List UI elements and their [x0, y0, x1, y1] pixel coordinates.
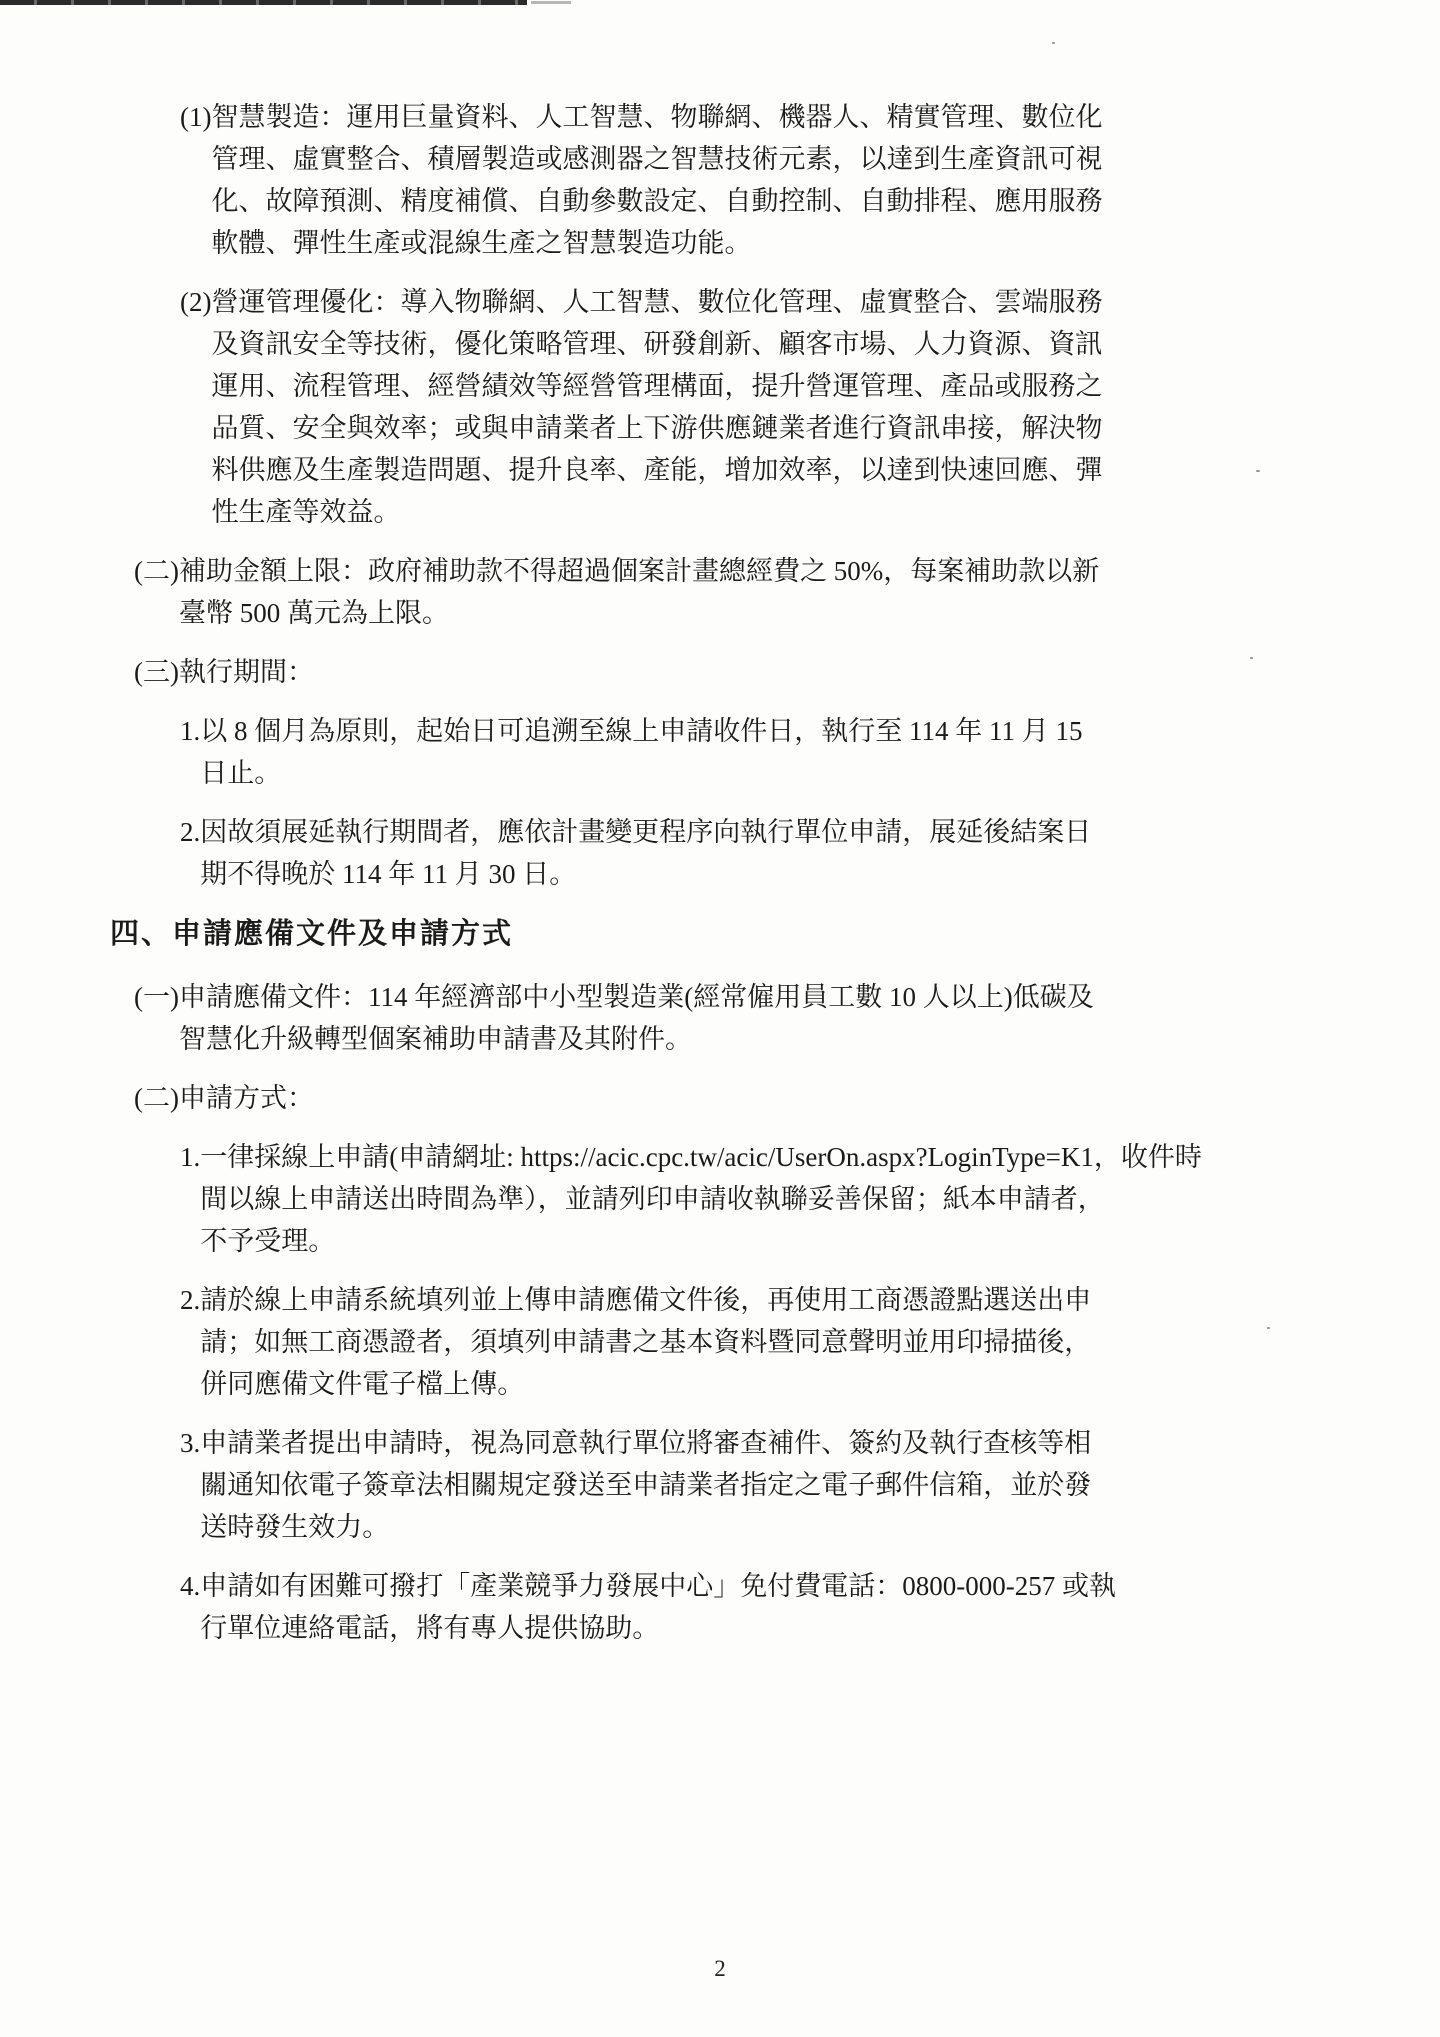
document-content: (1) 智慧製造：運用巨量資料、人工智慧、物聯網、機器人、精實管理、數位化 管理… — [0, 96, 1440, 1666]
text-line: 管理、虛實整合、積層製造或感測器之智慧技術元素，以達到生產資訊可視 — [211, 138, 1045, 180]
item-text: 補助金額上限：政府補助款不得超過個案計畫總經費之 50%，每案補助款以新 臺幣 … — [179, 550, 1045, 634]
text-line: 併同應備文件電子檔上傳。 — [200, 1363, 1045, 1405]
text-line: 關通知依電子簽章法相關規定發送至申請業者指定之電子郵件信箱，並於發 — [200, 1464, 1045, 1506]
item-label: 1. — [180, 1136, 200, 1262]
list-item-execution-period: (三) 執行期間： — [134, 651, 1045, 693]
document-page: (1) 智慧製造：運用巨量資料、人工智慧、物聯網、機器人、精實管理、數位化 管理… — [0, 0, 1440, 2037]
text-line: 臺幣 500 萬元為上限。 — [179, 592, 1045, 634]
text-line: 間以線上申請送出時間為準），並請列印申請收執聯妥善保留；紙本申請者， — [200, 1178, 1045, 1220]
text-line: 品質、安全與效率；或與申請業者上下游供應鏈業者進行資訊串接，解決物 — [211, 407, 1045, 449]
item-label: 2. — [180, 811, 200, 895]
scan-speck — [1052, 42, 1055, 44]
item-label: (三) — [134, 651, 179, 693]
item-text: 營運管理優化：導入物聯網、人工智慧、數位化管理、虛實整合、雲端服務 及資訊安全等… — [211, 281, 1045, 533]
list-item-required-documents: (一) 申請應備文件：114 年經濟部中小型製造業(經常僱用員工數 10 人以上… — [134, 976, 1045, 1060]
text-line: 期不得晚於 114 年 11 月 30 日。 — [200, 853, 1045, 895]
item-text: 申請方式： — [179, 1077, 1045, 1119]
list-item-method-4-hotline: 4. 申請如有困難可撥打「產業競爭力發展中心」免付費電話：0800-000-25… — [180, 1565, 1045, 1649]
scan-artifact-strip — [0, 0, 527, 5]
list-item-period-rule-2: 2. 因故須展延執行期間者，應依計畫變更程序向執行單位申請，展延後結案日 期不得… — [180, 811, 1045, 895]
page-number: 2 — [0, 1956, 1440, 1982]
item-text: 請於線上申請系統填列並上傳申請應備文件後，再使用工商憑證點選送出申 請；如無工商… — [200, 1279, 1045, 1405]
text-line: 補助金額上限：政府補助款不得超過個案計畫總經費之 50%，每案補助款以新 — [179, 550, 1045, 592]
item-text: 因故須展延執行期間者，應依計畫變更程序向執行單位申請，展延後結案日 期不得晚於 … — [200, 811, 1045, 895]
text-line: 智慧製造：運用巨量資料、人工智慧、物聯網、機器人、精實管理、數位化 — [211, 96, 1045, 138]
text-line: 運用、流程管理、經營績效等經營管理構面，提升營運管理、產品或服務之 — [211, 365, 1045, 407]
item-label: (二) — [134, 1077, 179, 1119]
text-line: 營運管理優化：導入物聯網、人工智慧、數位化管理、虛實整合、雲端服務 — [211, 281, 1045, 323]
list-item-application-method: (二) 申請方式： — [134, 1077, 1045, 1119]
item-label: (2) — [180, 281, 211, 533]
item-text: 申請應備文件：114 年經濟部中小型製造業(經常僱用員工數 10 人以上)低碳及… — [179, 976, 1045, 1060]
text-line: 送時發生效力。 — [200, 1506, 1045, 1548]
item-text: 執行期間： — [179, 651, 1045, 693]
text-line: 一律採線上申請(申請網址: https://acic.cpc.tw/acic/U… — [200, 1136, 1045, 1178]
list-item-method-1-online: 1. 一律採線上申請(申請網址: https://acic.cpc.tw/aci… — [180, 1136, 1045, 1262]
text-line: 智慧化升級轉型個案補助申請書及其附件。 — [179, 1018, 1045, 1060]
list-item-method-3-consent: 3. 申請業者提出申請時，視為同意執行單位將審查補件、簽約及執行查核等相 關通知… — [180, 1422, 1045, 1548]
section-heading-label: 四、 — [110, 918, 172, 950]
list-item-period-rule-1: 1. 以 8 個月為原則，起始日可追溯至線上申請收件日，執行至 114 年 11… — [180, 710, 1045, 794]
item-label: 4. — [180, 1565, 200, 1649]
item-label: (一) — [134, 976, 179, 1060]
item-label: 1. — [180, 710, 200, 794]
text-line: 執行期間： — [179, 651, 1045, 693]
text-line: 以 8 個月為原則，起始日可追溯至線上申請收件日，執行至 114 年 11 月 … — [200, 710, 1045, 752]
section-heading-text: 申請應備文件及申請方式 — [172, 918, 513, 950]
item-label: (二) — [134, 550, 179, 634]
item-label: 2. — [180, 1279, 200, 1405]
section-heading-4: 四、申請應備文件及申請方式 — [110, 912, 1440, 956]
text-line: 日止。 — [200, 752, 1045, 794]
list-item-operation-optimization: (2) 營運管理優化：導入物聯網、人工智慧、數位化管理、虛實整合、雲端服務 及資… — [180, 281, 1045, 533]
text-line: 軟體、彈性生產或混線生產之智慧製造功能。 — [211, 222, 1045, 264]
list-item-subsidy-cap: (二) 補助金額上限：政府補助款不得超過個案計畫總經費之 50%，每案補助款以新… — [134, 550, 1045, 634]
item-text: 申請業者提出申請時，視為同意執行單位將審查補件、簽約及執行查核等相 關通知依電子… — [200, 1422, 1045, 1548]
text-line: 不予受理。 — [200, 1220, 1045, 1262]
item-label: (1) — [180, 96, 211, 264]
list-item-method-2-upload: 2. 請於線上申請系統填列並上傳申請應備文件後，再使用工商憑證點選送出申 請；如… — [180, 1279, 1045, 1405]
text-line: 申請應備文件：114 年經濟部中小型製造業(經常僱用員工數 10 人以上)低碳及 — [179, 976, 1045, 1018]
text-line: 因故須展延執行期間者，應依計畫變更程序向執行單位申請，展延後結案日 — [200, 811, 1045, 853]
text-line: 申請方式： — [179, 1077, 1045, 1119]
text-line: 申請業者提出申請時，視為同意執行單位將審查補件、簽約及執行查核等相 — [200, 1422, 1045, 1464]
item-text: 智慧製造：運用巨量資料、人工智慧、物聯網、機器人、精實管理、數位化 管理、虛實整… — [211, 96, 1045, 264]
text-line: 性生產等效益。 — [211, 491, 1045, 533]
item-text: 一律採線上申請(申請網址: https://acic.cpc.tw/acic/U… — [200, 1136, 1045, 1262]
text-line: 申請如有困難可撥打「產業競爭力發展中心」免付費電話：0800-000-257 或… — [200, 1565, 1045, 1607]
text-line: 行單位連絡電話，將有專人提供協助。 — [200, 1607, 1045, 1649]
item-label: 3. — [180, 1422, 200, 1548]
item-text: 以 8 個月為原則，起始日可追溯至線上申請收件日，執行至 114 年 11 月 … — [200, 710, 1045, 794]
text-line: 化、故障預測、精度補償、自動參數設定、自動控制、自動排程、應用服務 — [211, 180, 1045, 222]
list-item-smart-manufacturing: (1) 智慧製造：運用巨量資料、人工智慧、物聯網、機器人、精實管理、數位化 管理… — [180, 96, 1045, 264]
text-line: 請於線上申請系統填列並上傳申請應備文件後，再使用工商憑證點選送出申 — [200, 1279, 1045, 1321]
scan-artifact-strip-2 — [531, 1, 571, 4]
text-line: 料供應及生產製造問題、提升良率、產能，增加效率，以達到快速回應、彈 — [211, 449, 1045, 491]
text-line: 及資訊安全等技術，優化策略管理、研發創新、顧客市場、人力資源、資訊 — [211, 323, 1045, 365]
text-line: 請；如無工商憑證者，須填列申請書之基本資料暨同意聲明並用印掃描後， — [200, 1321, 1045, 1363]
item-text: 申請如有困難可撥打「產業競爭力發展中心」免付費電話：0800-000-257 或… — [200, 1565, 1045, 1649]
